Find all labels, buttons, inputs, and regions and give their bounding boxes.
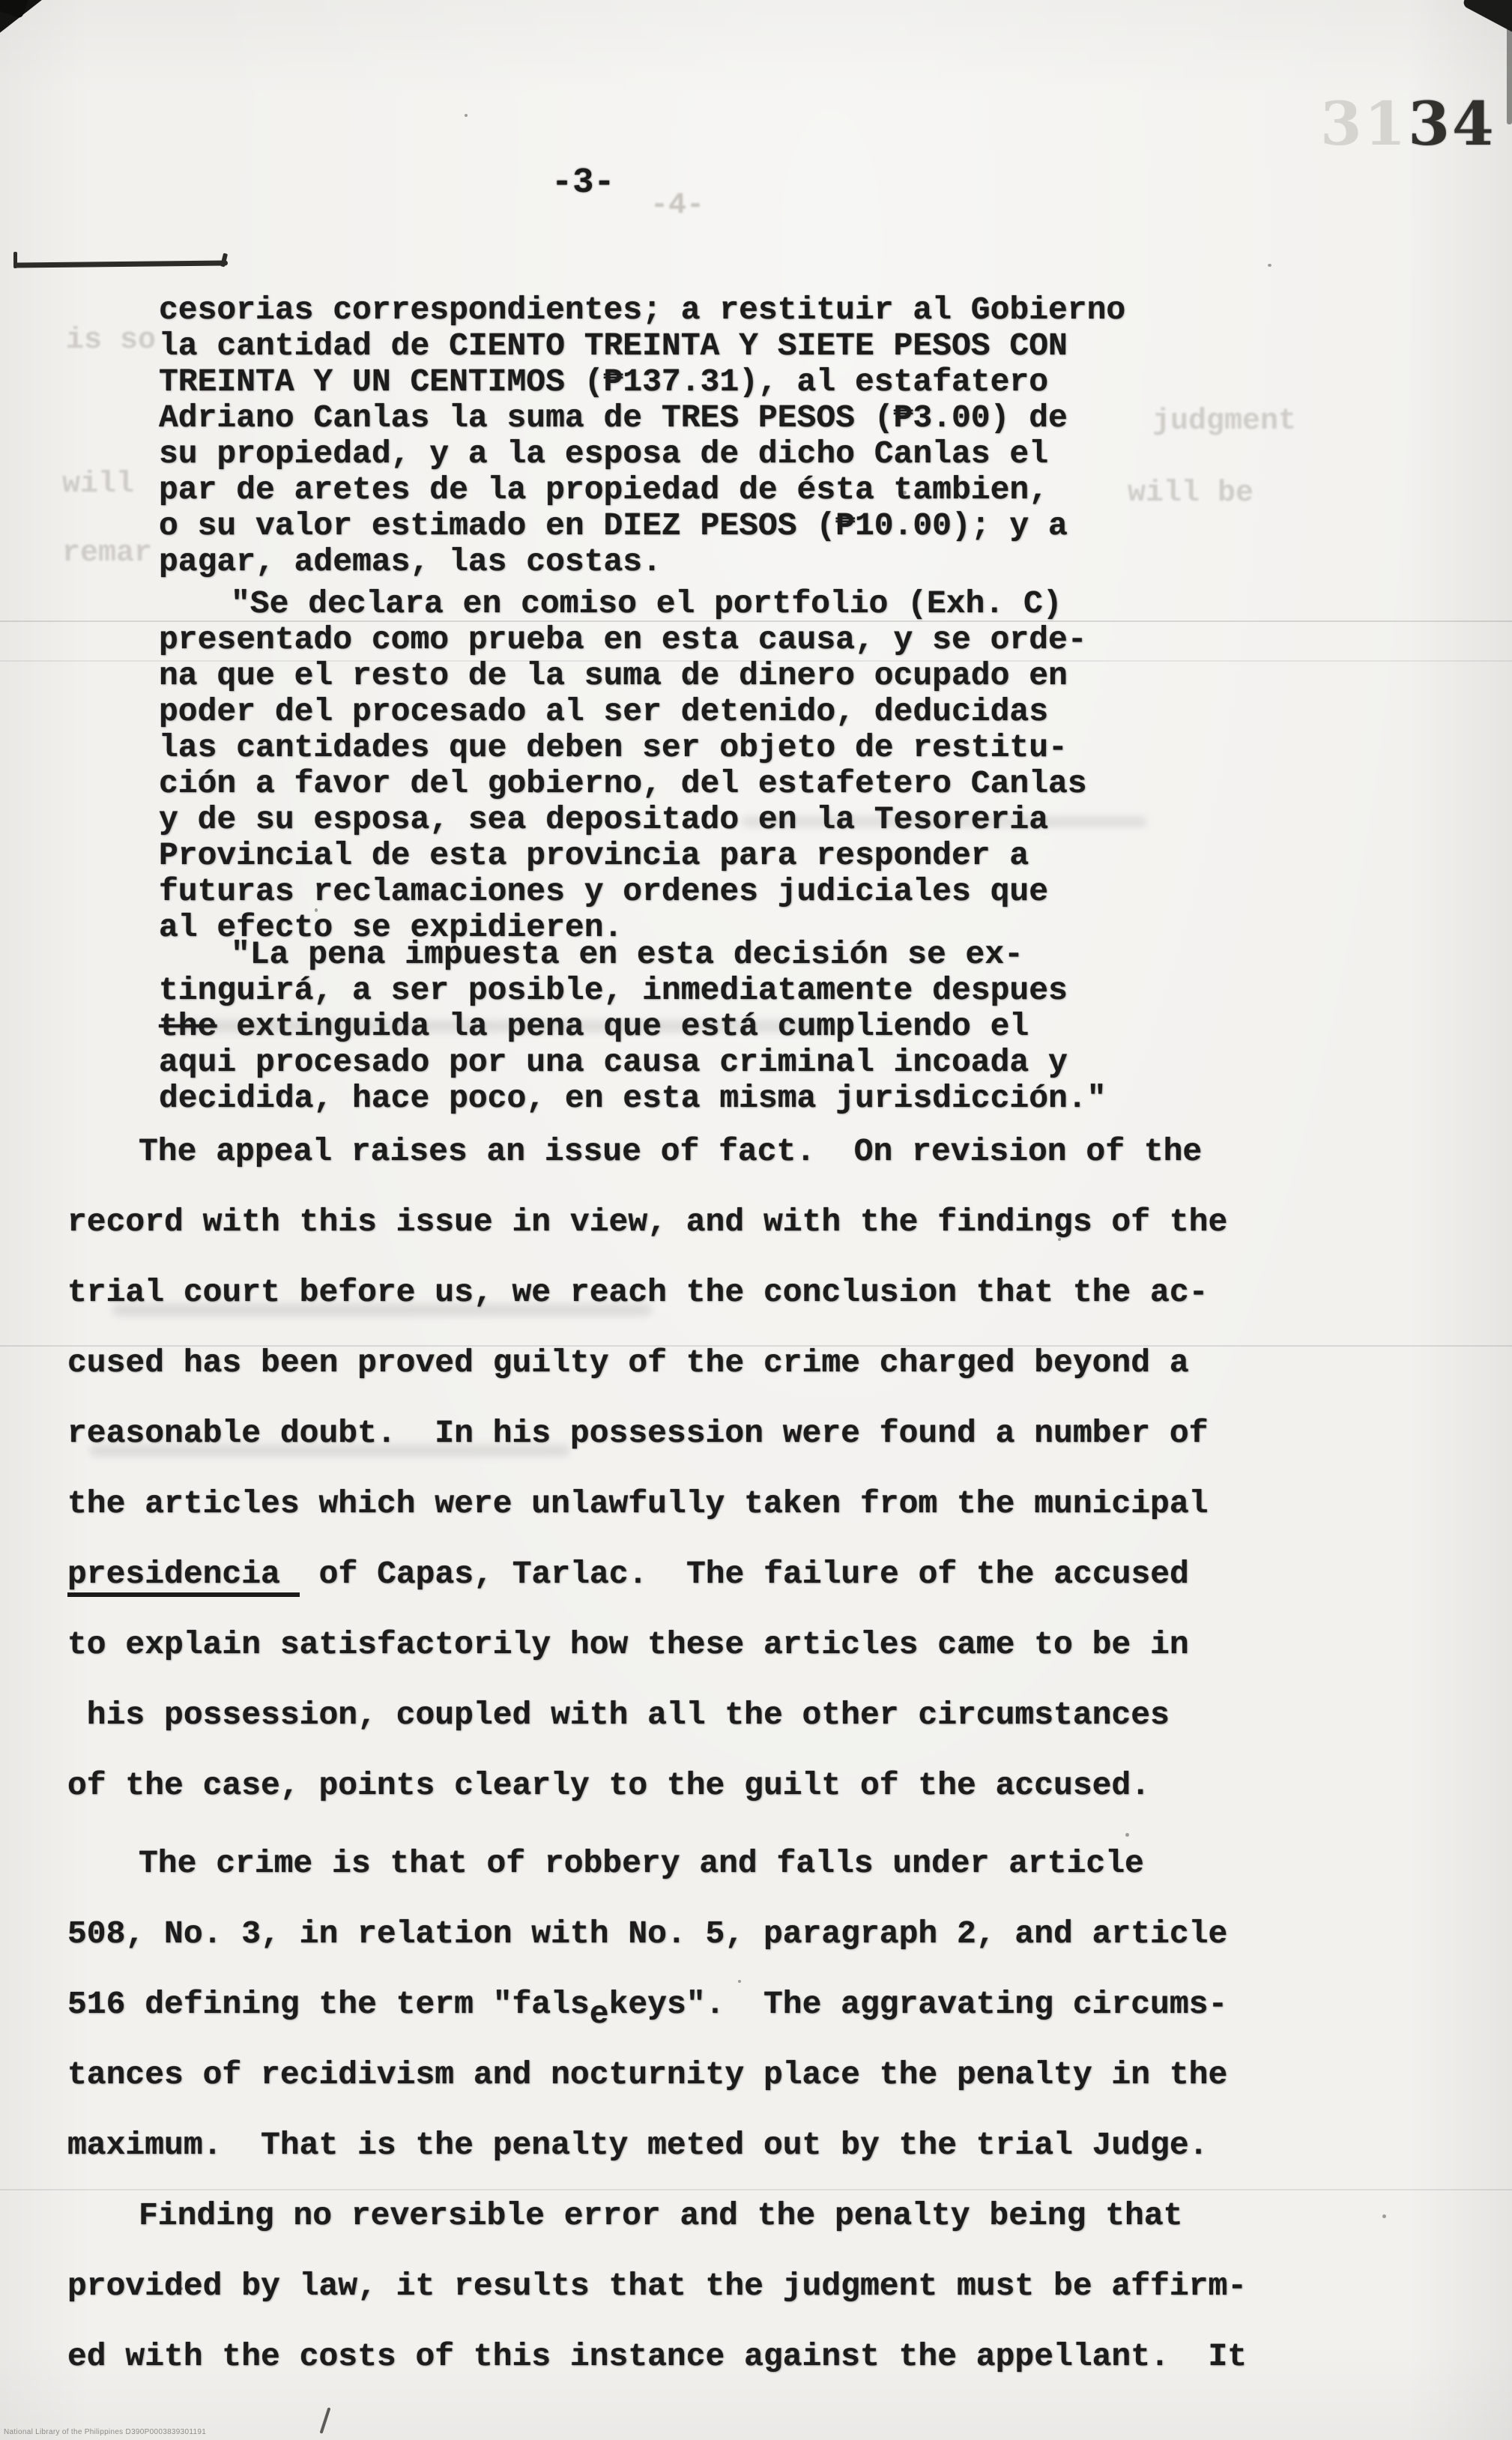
text-line: o su valor estimado en DIEZ PESOS (₱10.0… [159,508,1125,544]
text-line: his possession, coupled with all the oth… [67,1680,1227,1751]
edge-smudge-artifact [1507,27,1512,124]
text-line: pagar, ademas, las costas. [159,544,1125,580]
dropped-character: e [590,1979,609,2050]
speck-artifact [1268,264,1271,267]
text-line: na que el resto de la suma de dinero ocu… [159,658,1087,694]
text-line: TREINTA Y UN CENTIMOS (₱137.31), al esta… [159,364,1125,400]
text-line: 508, No. 3, in relation with No. 5, para… [67,1899,1227,1969]
text-line: tinguirá, a ser posible, inmediatamente … [159,973,1106,1009]
text-line: "La pena impuesta en esta decisión se ex… [159,937,1106,973]
text-line: Provincial de esta provincia para respon… [159,838,1087,874]
paragraph-3: Finding no reversible error and the pena… [67,2181,1247,2392]
paragraph-1: The appeal raises an issue of fact. On r… [67,1117,1227,1821]
underlined-word: presidencia [67,1556,300,1597]
text-line: decidida, hace poco, en esta misma juris… [159,1081,1106,1117]
document-number-stamp: 3134 [1320,88,1496,159]
text-line: poder del procesado al ser detenido, ded… [159,694,1087,730]
text-line: cesorias correspondientes; a restituir a… [159,292,1125,328]
text-line: extinguida la pena que está cumpliendo e… [217,1008,1029,1045]
text-line: par de aretes de la propiedad de ésta ta… [159,472,1125,508]
text-line: futuras reclamaciones y ordenes judicial… [159,874,1087,910]
text-line: reasonable doubt. In his possession were… [67,1398,1227,1469]
text-line: las cantidades que deben ser objeto de r… [159,730,1087,766]
speck-artifact [1382,2214,1386,2218]
text-line: trial court before us, we reach the conc… [67,1257,1227,1328]
pen-line-artifact [13,261,228,268]
text-line: provided by law, it results that the jud… [67,2251,1247,2322]
text-line: 516 defining the term "fals [67,1986,590,2023]
page-number-ghost: -4- [650,189,704,223]
quoted-block-1: cesorias correspondientes; a restituir a… [159,292,1125,580]
text-line: of the case, points clearly to the guilt… [67,1751,1227,1821]
ghost-text: judgment [1152,405,1296,438]
text-line: y de su esposa, sea depositado en la Tes… [159,802,1087,838]
quoted-block-3: "La pena impuesta en esta decisión se ex… [159,937,1106,1117]
text-line: ción a favor del gobierno, del estafeter… [159,766,1087,802]
corner-fold-artifact [1462,0,1512,35]
ghost-text: remar [62,537,152,570]
text-line: Finding no reversible error and the pena… [67,2181,1247,2251]
text-line: keys". The aggravating circums- [609,1986,1228,2023]
text-line: to explain satisfactorily how these arti… [67,1610,1227,1680]
ghost-text: will [62,468,134,501]
stamp-faint-digits: 31 [1320,88,1408,159]
text-line: of Capas, Tarlac. The failure of the acc… [300,1556,1189,1592]
text-line: The appeal raises an issue of fact. On r… [67,1117,1227,1187]
ghost-text: will be [1128,477,1254,510]
speck-artifact [465,114,468,117]
pen-line-artifact [13,252,17,268]
text-line: maximum. That is the penalty meted out b… [67,2110,1227,2181]
text-line: presentado como prueba en esta causa, y … [159,622,1087,658]
library-watermark: National Library of the Philippines D390… [4,2428,206,2436]
text-line: the articles which were unlawfully taken… [67,1469,1227,1539]
text-line: 516 defining the term "falsekeys". The a… [67,1969,1227,2040]
text-line: the extinguida la pena que está cumplien… [159,1009,1106,1045]
page-number: -3- [551,163,615,203]
text-line: la cantidad de CIENTO TREINTA Y SIETE PE… [159,328,1125,364]
text-line: "Se declara en comiso el portfolio (Exh.… [159,586,1087,622]
paragraph-2: The crime is that of robbery and falls u… [67,1829,1227,2181]
quoted-block-2: "Se declara en comiso el portfolio (Exh.… [159,586,1087,946]
text-line: su propiedad, y a la esposa de dicho Can… [159,436,1125,472]
text-line: aqui procesado por una causa criminal in… [159,1045,1106,1081]
slash-mark-artifact [320,2407,331,2433]
text-line: cused has been proved guilty of the crim… [67,1328,1227,1398]
stamp-dark-digits: 34 [1408,88,1496,159]
text-line: tances of recidivism and nocturnity plac… [67,2040,1227,2110]
struck-word: the [159,1008,217,1045]
text-line: presidencia of Capas, Tarlac. The failur… [67,1539,1227,1610]
text-line: Adriano Canlas la suma de TRES PESOS (₱3… [159,400,1125,436]
scanned-page: 3134 -3- -4- is so will remar judgment w… [0,0,1512,2440]
text-line: ed with the costs of this instance again… [67,2322,1247,2392]
text-line: record with this issue in view, and with… [67,1187,1227,1257]
text-line: The crime is that of robbery and falls u… [67,1829,1227,1899]
ghost-text: is so [66,324,156,357]
